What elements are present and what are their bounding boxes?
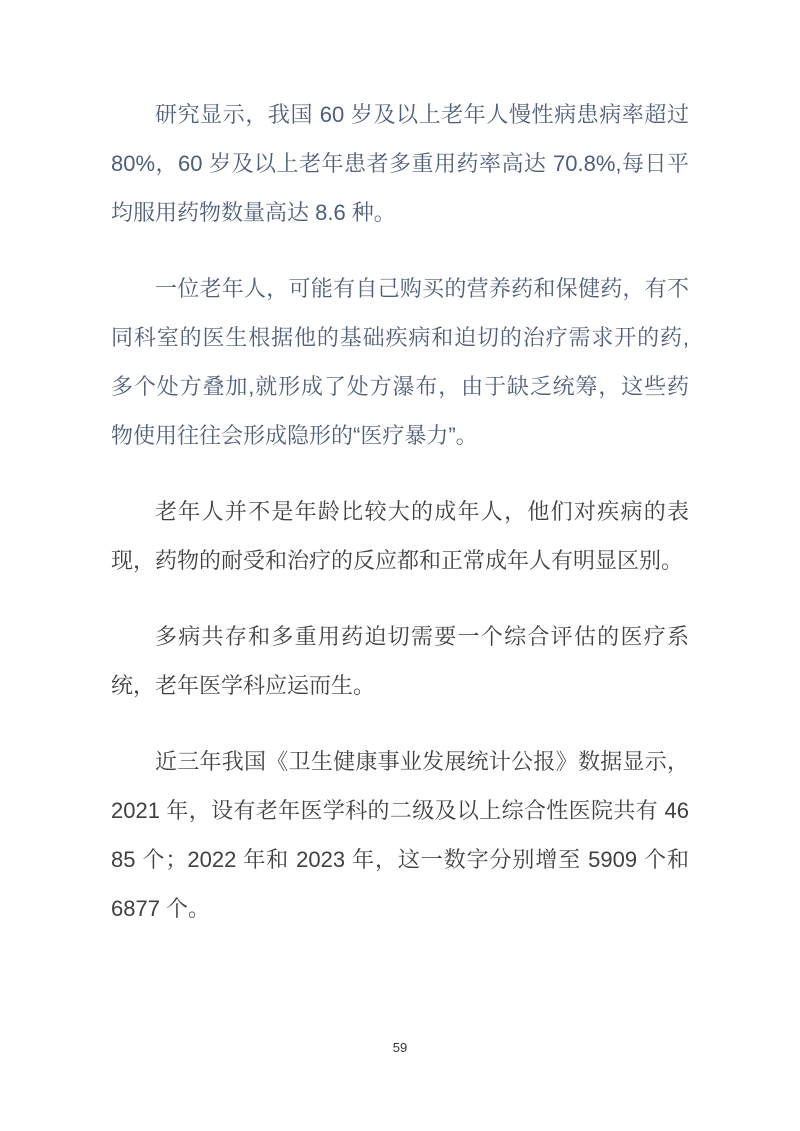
- document-page: 研究显示，我国 60 岁及以上老年人慢性病患病率超过 80%，60 岁及以上老年…: [0, 0, 800, 1131]
- paragraph-hospital-statistics: 近三年我国《卫生健康事业发展统计公报》数据显示，2021 年，设有老年医学科的二…: [111, 737, 689, 933]
- paragraph-geriatrics-emergence: 多病共存和多重用药迫切需要一个综合评估的医疗系统，老年医学科应运而生。: [111, 612, 689, 710]
- paragraph-prescription-cascade: 一位老年人，可能有自己购买的营养药和保健药，有不同科室的医生根据他的基础疾病和迫…: [111, 264, 689, 460]
- paragraph-chronic-disease-stats: 研究显示，我国 60 岁及以上老年人慢性病患病率超过 80%，60 岁及以上老年…: [111, 90, 689, 237]
- paragraph-elderly-difference: 老年人并不是年龄比较大的成年人，他们对疾病的表现，药物的耐受和治疗的反应都和正常…: [111, 487, 689, 585]
- page-number: 59: [0, 1040, 800, 1055]
- page-body-text: 研究显示，我国 60 岁及以上老年人慢性病患病率超过 80%，60 岁及以上老年…: [111, 90, 689, 960]
